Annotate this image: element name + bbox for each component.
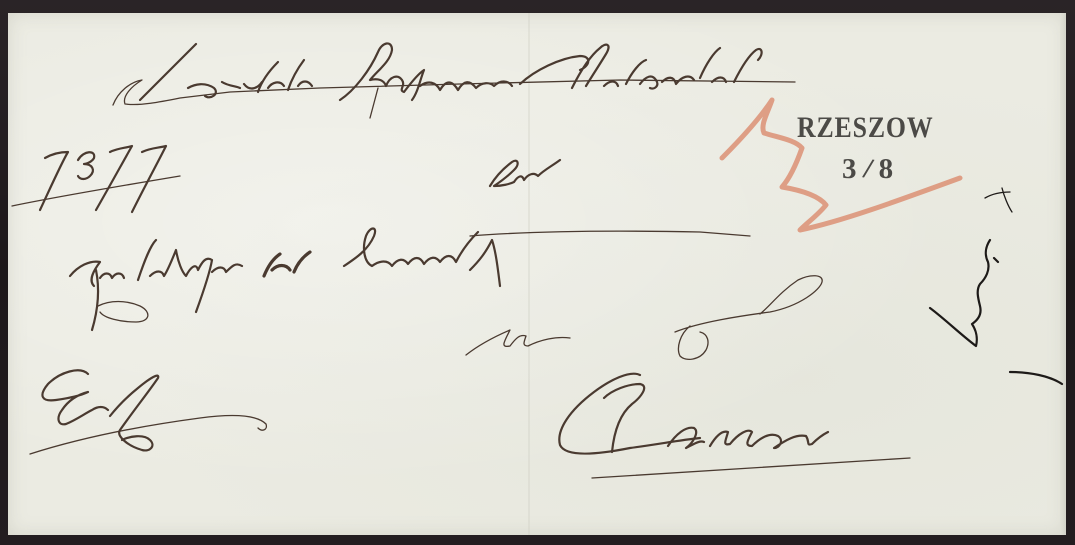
postmark-date: 3/8 xyxy=(842,153,894,186)
sender-line: Vom k.k. Rzeszower Tribunal xyxy=(110,58,800,93)
postmark-day: 3 xyxy=(842,153,858,185)
preposition-in: in xyxy=(515,320,538,348)
right-fold-edge xyxy=(1060,13,1066,535)
preposition-an: An xyxy=(485,157,521,187)
postmark-town: RZESZOW xyxy=(797,111,933,145)
postmark-month: 8 xyxy=(879,153,895,185)
addressee-line: Ein löbliches k.k. Landrecht xyxy=(65,240,745,275)
postmark-separator: / xyxy=(860,152,876,186)
destination-city: Tarnow xyxy=(555,395,905,446)
left-note: Excoff xyxy=(30,372,125,407)
docket-number: 7377 xyxy=(40,138,127,178)
